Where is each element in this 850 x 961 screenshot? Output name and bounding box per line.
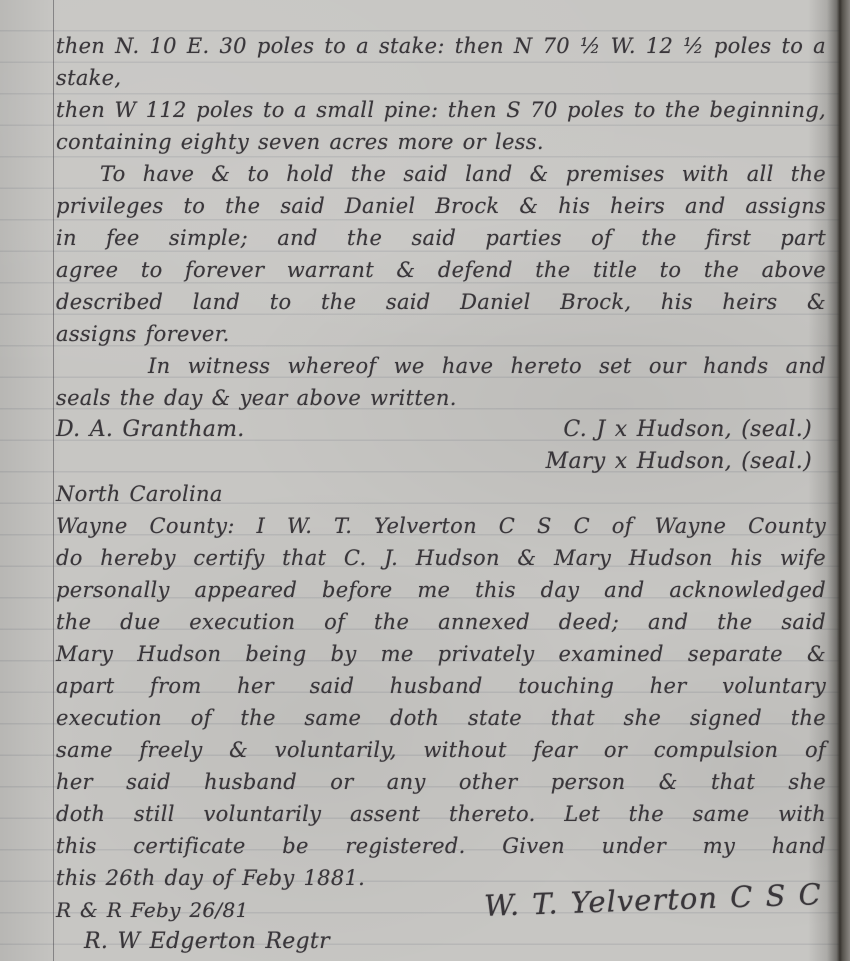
certification-line: Wayne County: I W. T. Yelverton C S C of… bbox=[56, 510, 826, 542]
habendum-line: agree to forever warrant & defend the ti… bbox=[56, 254, 826, 286]
habendum-line: assigns forever. bbox=[56, 318, 826, 350]
certification-line: this certificate be registered. Given un… bbox=[56, 830, 826, 862]
certification-line: doth still voluntarily assent thereto. L… bbox=[56, 798, 826, 830]
certification-block: North Carolina Wayne County: I W. T. Yel… bbox=[56, 478, 826, 894]
signature-row: Mary x Hudson, (seal.) bbox=[56, 446, 826, 478]
certification-line: same freely & voluntarily, without fear … bbox=[56, 734, 826, 766]
certification-state-heading: North Carolina bbox=[56, 478, 826, 510]
witness-clause-line: In witness whereof we have hereto set ou… bbox=[56, 350, 826, 382]
deed-description-line: then N. 10 E. 30 poles to a stake: then … bbox=[56, 30, 826, 94]
handwritten-text-block: then N. 10 E. 30 poles to a stake: then … bbox=[56, 30, 826, 958]
signature-row: D. A. Grantham. C. J x Hudson, (seal.) bbox=[56, 414, 826, 446]
certification-line: apart from her said husband touching her… bbox=[56, 670, 826, 702]
witness-clause: In witness whereof we have hereto set ou… bbox=[56, 350, 826, 414]
margin-rule-line bbox=[53, 0, 54, 961]
signature-block: D. A. Grantham. C. J x Hudson, (seal.) M… bbox=[56, 414, 826, 478]
certification-line: do hereby certify that C. J. Hudson & Ma… bbox=[56, 542, 826, 574]
grantor-signature-2: Mary x Hudson, (seal.) bbox=[546, 446, 826, 478]
deed-description: then N. 10 E. 30 poles to a stake: then … bbox=[56, 30, 826, 158]
certification-line: execution of the same doth state that sh… bbox=[56, 702, 826, 734]
habendum-line: described land to the said Daniel Brock,… bbox=[56, 286, 826, 318]
habendum-line: To have & to hold the said land & premis… bbox=[56, 158, 826, 190]
deed-description-line: containing eighty seven acres more or le… bbox=[56, 126, 826, 158]
recording-footer: R & R Feby 26/81 R. W Edgerton Regtr W. … bbox=[56, 894, 826, 958]
book-binding-edge bbox=[808, 0, 850, 961]
certification-line: Mary Hudson being by me privately examin… bbox=[56, 638, 826, 670]
certification-line: the due execution of the annexed deed; a… bbox=[56, 606, 826, 638]
certification-line: her said husband or any other person & t… bbox=[56, 766, 826, 798]
certification-line: personally appeared before me this day a… bbox=[56, 574, 826, 606]
deed-description-line: then W 112 poles to a small pine: then S… bbox=[56, 94, 826, 126]
witness-signature: D. A. Grantham. bbox=[56, 414, 245, 446]
witness-clause-line: seals the day & year above written. bbox=[56, 382, 826, 414]
grantor-signature-1: C. J x Hudson, (seal.) bbox=[563, 414, 826, 446]
register-signature: R. W Edgerton Regtr bbox=[84, 926, 826, 958]
habendum-line: privileges to the said Daniel Brock & hi… bbox=[56, 190, 826, 222]
habendum-clause: To have & to hold the said land & premis… bbox=[56, 158, 826, 350]
habendum-line: in fee simple; and the said parties of t… bbox=[56, 222, 826, 254]
deed-register-page: then N. 10 E. 30 poles to a stake: then … bbox=[0, 0, 850, 961]
